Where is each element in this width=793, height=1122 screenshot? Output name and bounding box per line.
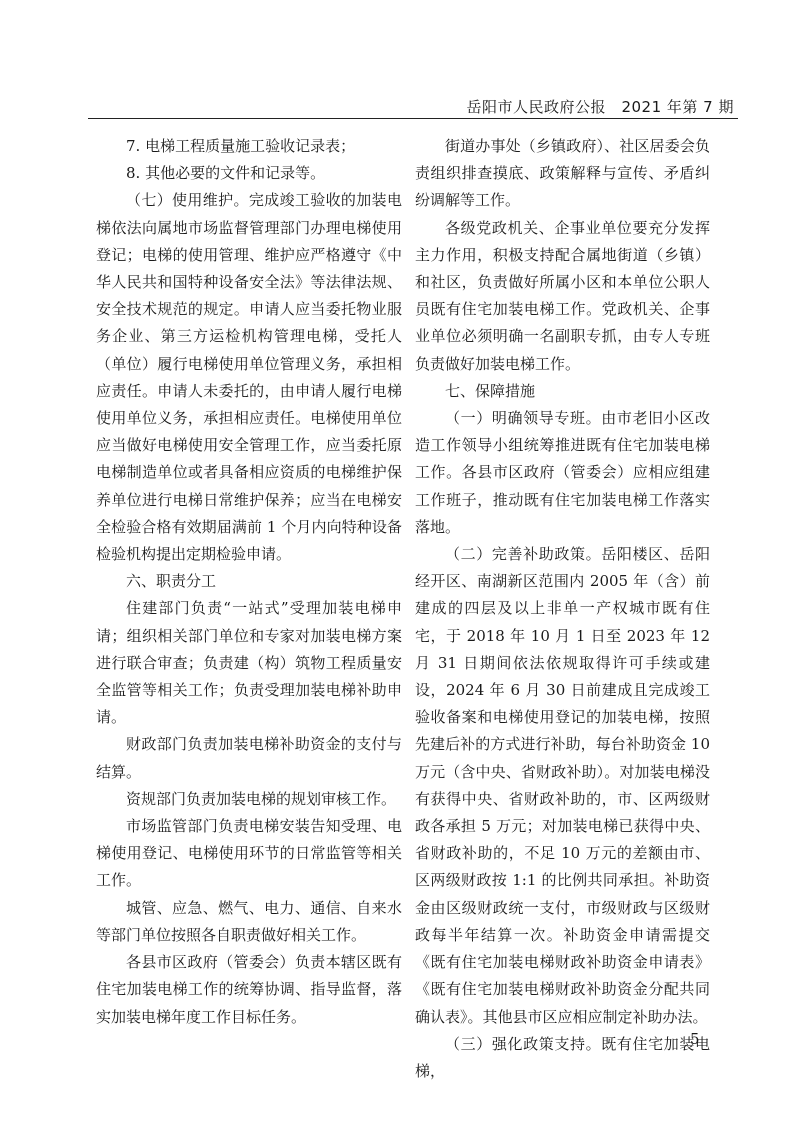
page-number: 5 — [690, 1030, 700, 1048]
gazette-title: 岳阳市人民政府公报 2021 年第 7 期 — [466, 96, 734, 117]
paragraph: （三）强化政策支持。既有住宅加装电梯， — [415, 1031, 710, 1085]
right-column: 街道办事处（乡镇政府）、社区居委会负责组织排查摸底、政策解释与宣传、矛盾纠纷调解… — [415, 133, 710, 1085]
paragraph: 资规部门负责加装电梯的规划审核工作。 — [96, 786, 402, 813]
paragraph: 各县市区政府（管委会）负责本辖区既有住宅加装电梯工作的统筹协调、指导监督，落实加… — [96, 949, 402, 1031]
paragraph: 城管、应急、燃气、电力、通信、自来水等部门单位按照各自职责做好相关工作。 — [96, 895, 402, 949]
paragraph: （二）完善补助政策。岳阳楼区、岳阳经开区、南湖新区范围内 2005 年（含）前建… — [415, 541, 710, 1031]
left-column: 7. 电梯工程质量施工验收记录表； 8. 其他必要的文件和记录等。 （七）使用维… — [96, 133, 402, 1031]
paragraph: 市场监管部门负责电梯安装告知受理、电梯使用登记、电梯使用环节的日常监管等相关工作… — [96, 813, 402, 895]
paragraph: 住建部门负责“一站式”受理加装电梯申请；组织相关部门单位和专家对加装电梯方案进行… — [96, 595, 402, 731]
section-heading: 七、保障措施 — [415, 378, 710, 405]
paragraph: （一）明确领导专班。由市老旧小区改造工作领导小组统筹推进既有住宅加装电梯工作。各… — [415, 405, 710, 541]
page-header: 岳阳市人民政府公报 2021 年第 7 期 — [88, 96, 738, 119]
paragraph: 各级党政机关、企事业单位要充分发挥主力作用，积极支持配合属地街道（乡镇）和社区，… — [415, 215, 710, 378]
paragraph: （七）使用维护。完成竣工验收的加装电梯依法向属地市场监督管理部门办理电梯使用登记… — [96, 187, 402, 568]
paragraph: 街道办事处（乡镇政府）、社区居委会负责组织排查摸底、政策解释与宣传、矛盾纠纷调解… — [415, 133, 710, 215]
paragraph: 财政部门负责加装电梯补助资金的支付与结算。 — [96, 731, 402, 785]
paragraph: 8. 其他必要的文件和记录等。 — [96, 160, 402, 187]
section-heading: 六、职责分工 — [96, 568, 402, 595]
paragraph: 7. 电梯工程质量施工验收记录表； — [96, 133, 402, 160]
